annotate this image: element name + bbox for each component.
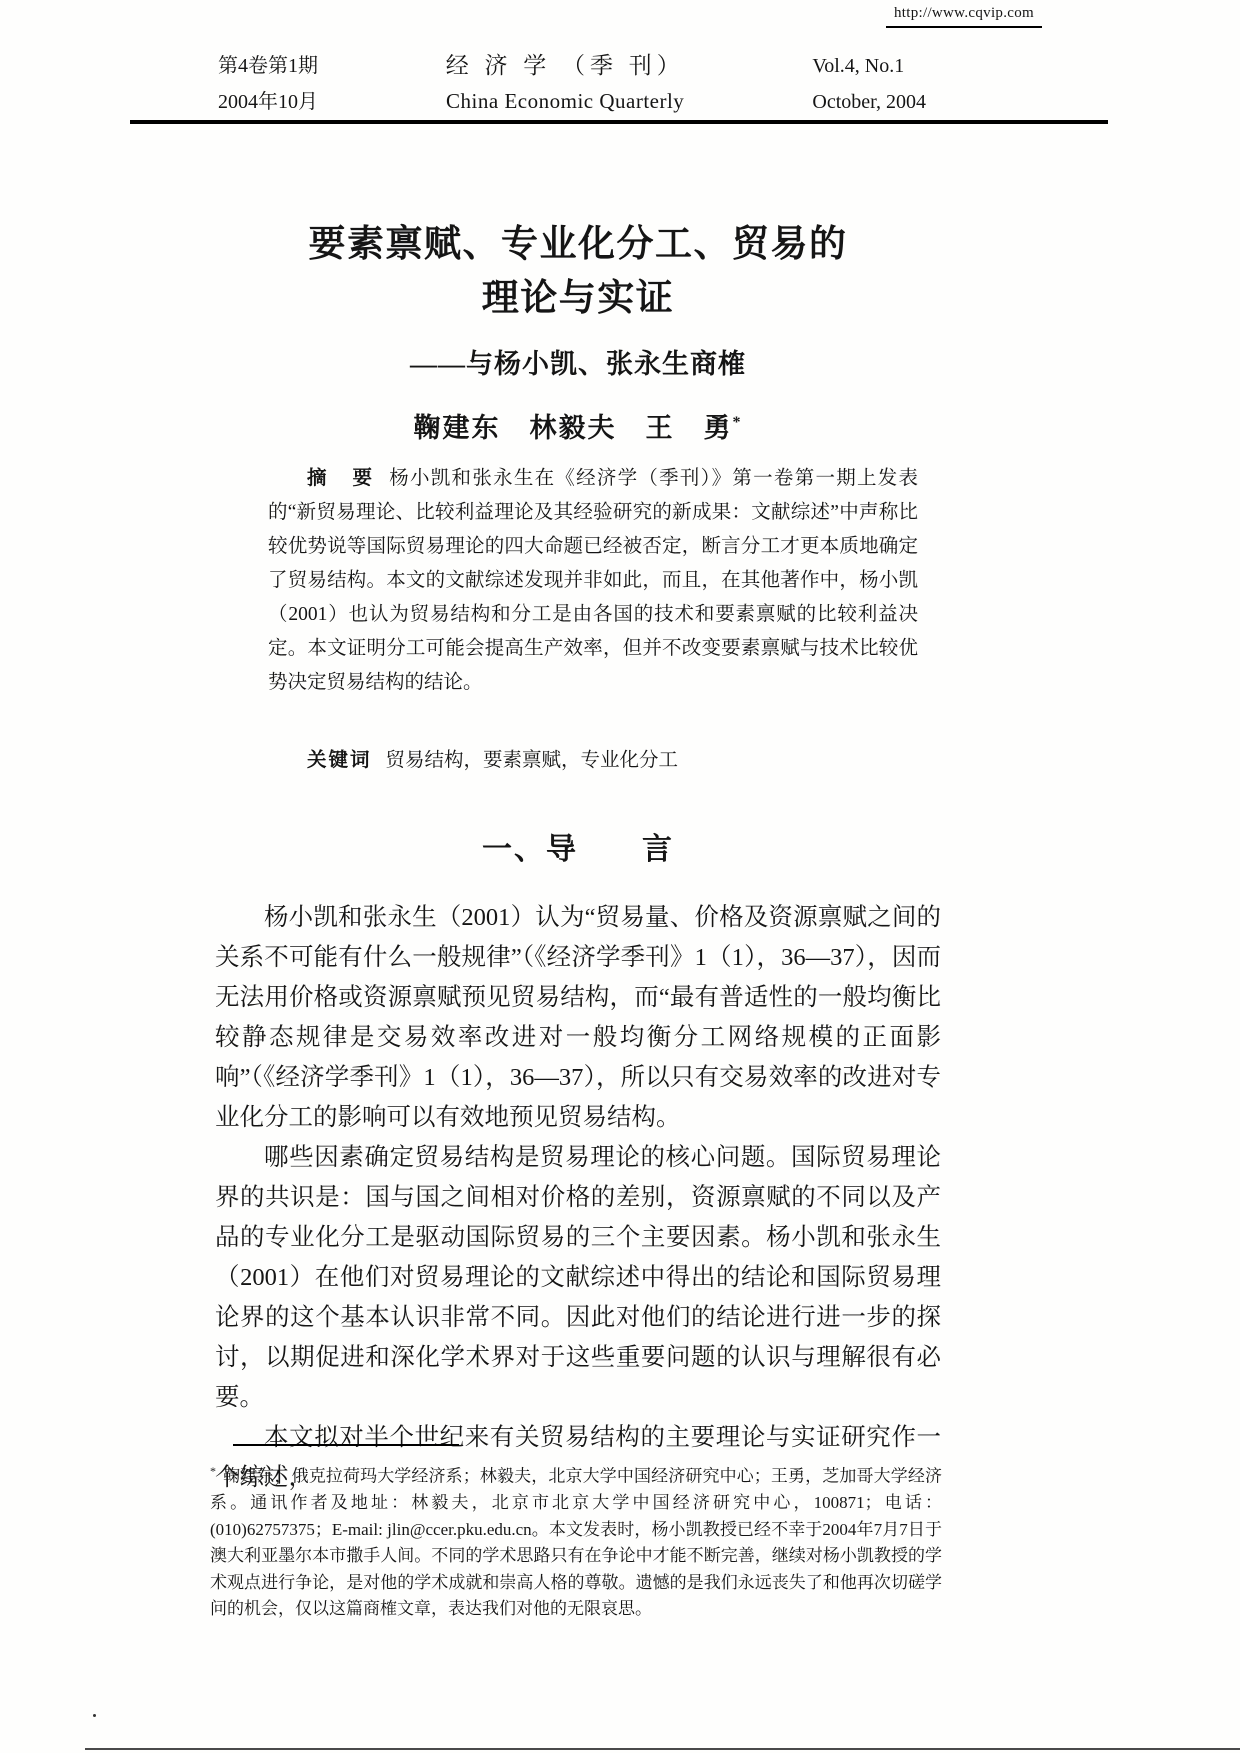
footnote-block: *鞠建东，俄克拉荷玛大学经济系；林毅夫，北京大学中国经济研究中心；王勇，芝加哥大…	[210, 1458, 942, 1623]
keywords-block: 关键词贸易结构，要素禀赋，专业化分工	[268, 744, 918, 778]
journal-issue-block: 第4卷第1期 2004年10月	[130, 48, 318, 120]
section-heading-introduction: 一、导 言	[215, 824, 941, 868]
journal-volume-block: Vol.4, No.1 October, 2004	[812, 48, 1108, 120]
article-subtitle: ——与杨小凯、张永生商榷	[215, 342, 941, 381]
author-names: 鞠建东 林毅夫 王 勇	[414, 413, 733, 443]
body-paragraph-2: 哪些因素确定贸易结构是贸易理论的核心问题。国际贸易理论界的共识是：国与国之间相对…	[215, 1138, 941, 1418]
journal-title-en: China Economic Quarterly	[446, 84, 685, 118]
abstract-label: 摘 要	[307, 468, 375, 489]
abstract-text: 杨小凯和张永生在《经济学（季刊）》第一卷第一期上发表的“新贸易理论、比较利益理论…	[268, 468, 918, 693]
article-title-line2: 理论与实证	[215, 272, 941, 326]
article-title-block: 要素禀赋、专业化分工、贸易的 理论与实证 ——与杨小凯、张永生商榷	[215, 218, 941, 381]
footnote-divider-rule	[233, 1444, 459, 1446]
body-paragraph-1: 杨小凯和张永生（2001）认为“贸易量、价格及资源禀赋之间的关系不可能有什么一般…	[215, 898, 941, 1138]
journal-title-cn: 经 济 学 （季 刊）	[446, 48, 685, 84]
footnote-mark: *	[210, 1464, 216, 1478]
journal-date-en: October, 2004	[812, 84, 926, 120]
scanned-paper-page: http://www.cqvip.com 第4卷第1期 2004年10月 经 济…	[0, 0, 1240, 1753]
footnote-text: 鞠建东，俄克拉荷玛大学经济系；林毅夫，北京大学中国经济研究中心；王勇，芝加哥大学…	[210, 1467, 942, 1619]
watermark-url-text: http://www.cqvip.com	[894, 5, 1034, 21]
author-footnote-mark: *	[733, 414, 743, 431]
header-divider-rule	[130, 120, 1108, 124]
authors-line: 鞠建东 林毅夫 王 勇*	[215, 406, 941, 445]
journal-title-block: 经 济 学 （季 刊） China Economic Quarterly	[446, 48, 685, 118]
watermark-url: http://www.cqvip.com	[886, 5, 1042, 28]
abstract-block: 摘 要杨小凯和张永生在《经济学（季刊）》第一卷第一期上发表的“新贸易理论、比较利…	[268, 462, 918, 700]
scan-artifact-dot	[93, 1714, 96, 1717]
keywords-label: 关键词	[307, 750, 372, 771]
journal-issue-cn: 第4卷第1期	[218, 48, 318, 84]
page-bottom-rule	[85, 1748, 1240, 1750]
journal-date-cn: 2004年10月	[218, 84, 318, 120]
journal-header: 第4卷第1期 2004年10月 经 济 学 （季 刊） China Econom…	[130, 48, 1108, 120]
journal-vol-en: Vol.4, No.1	[812, 48, 926, 84]
body-text: 杨小凯和张永生（2001）认为“贸易量、价格及资源禀赋之间的关系不可能有什么一般…	[215, 898, 941, 1498]
keywords-text: 贸易结构，要素禀赋，专业化分工	[386, 750, 679, 771]
article-title-line1: 要素禀赋、专业化分工、贸易的	[215, 218, 941, 272]
